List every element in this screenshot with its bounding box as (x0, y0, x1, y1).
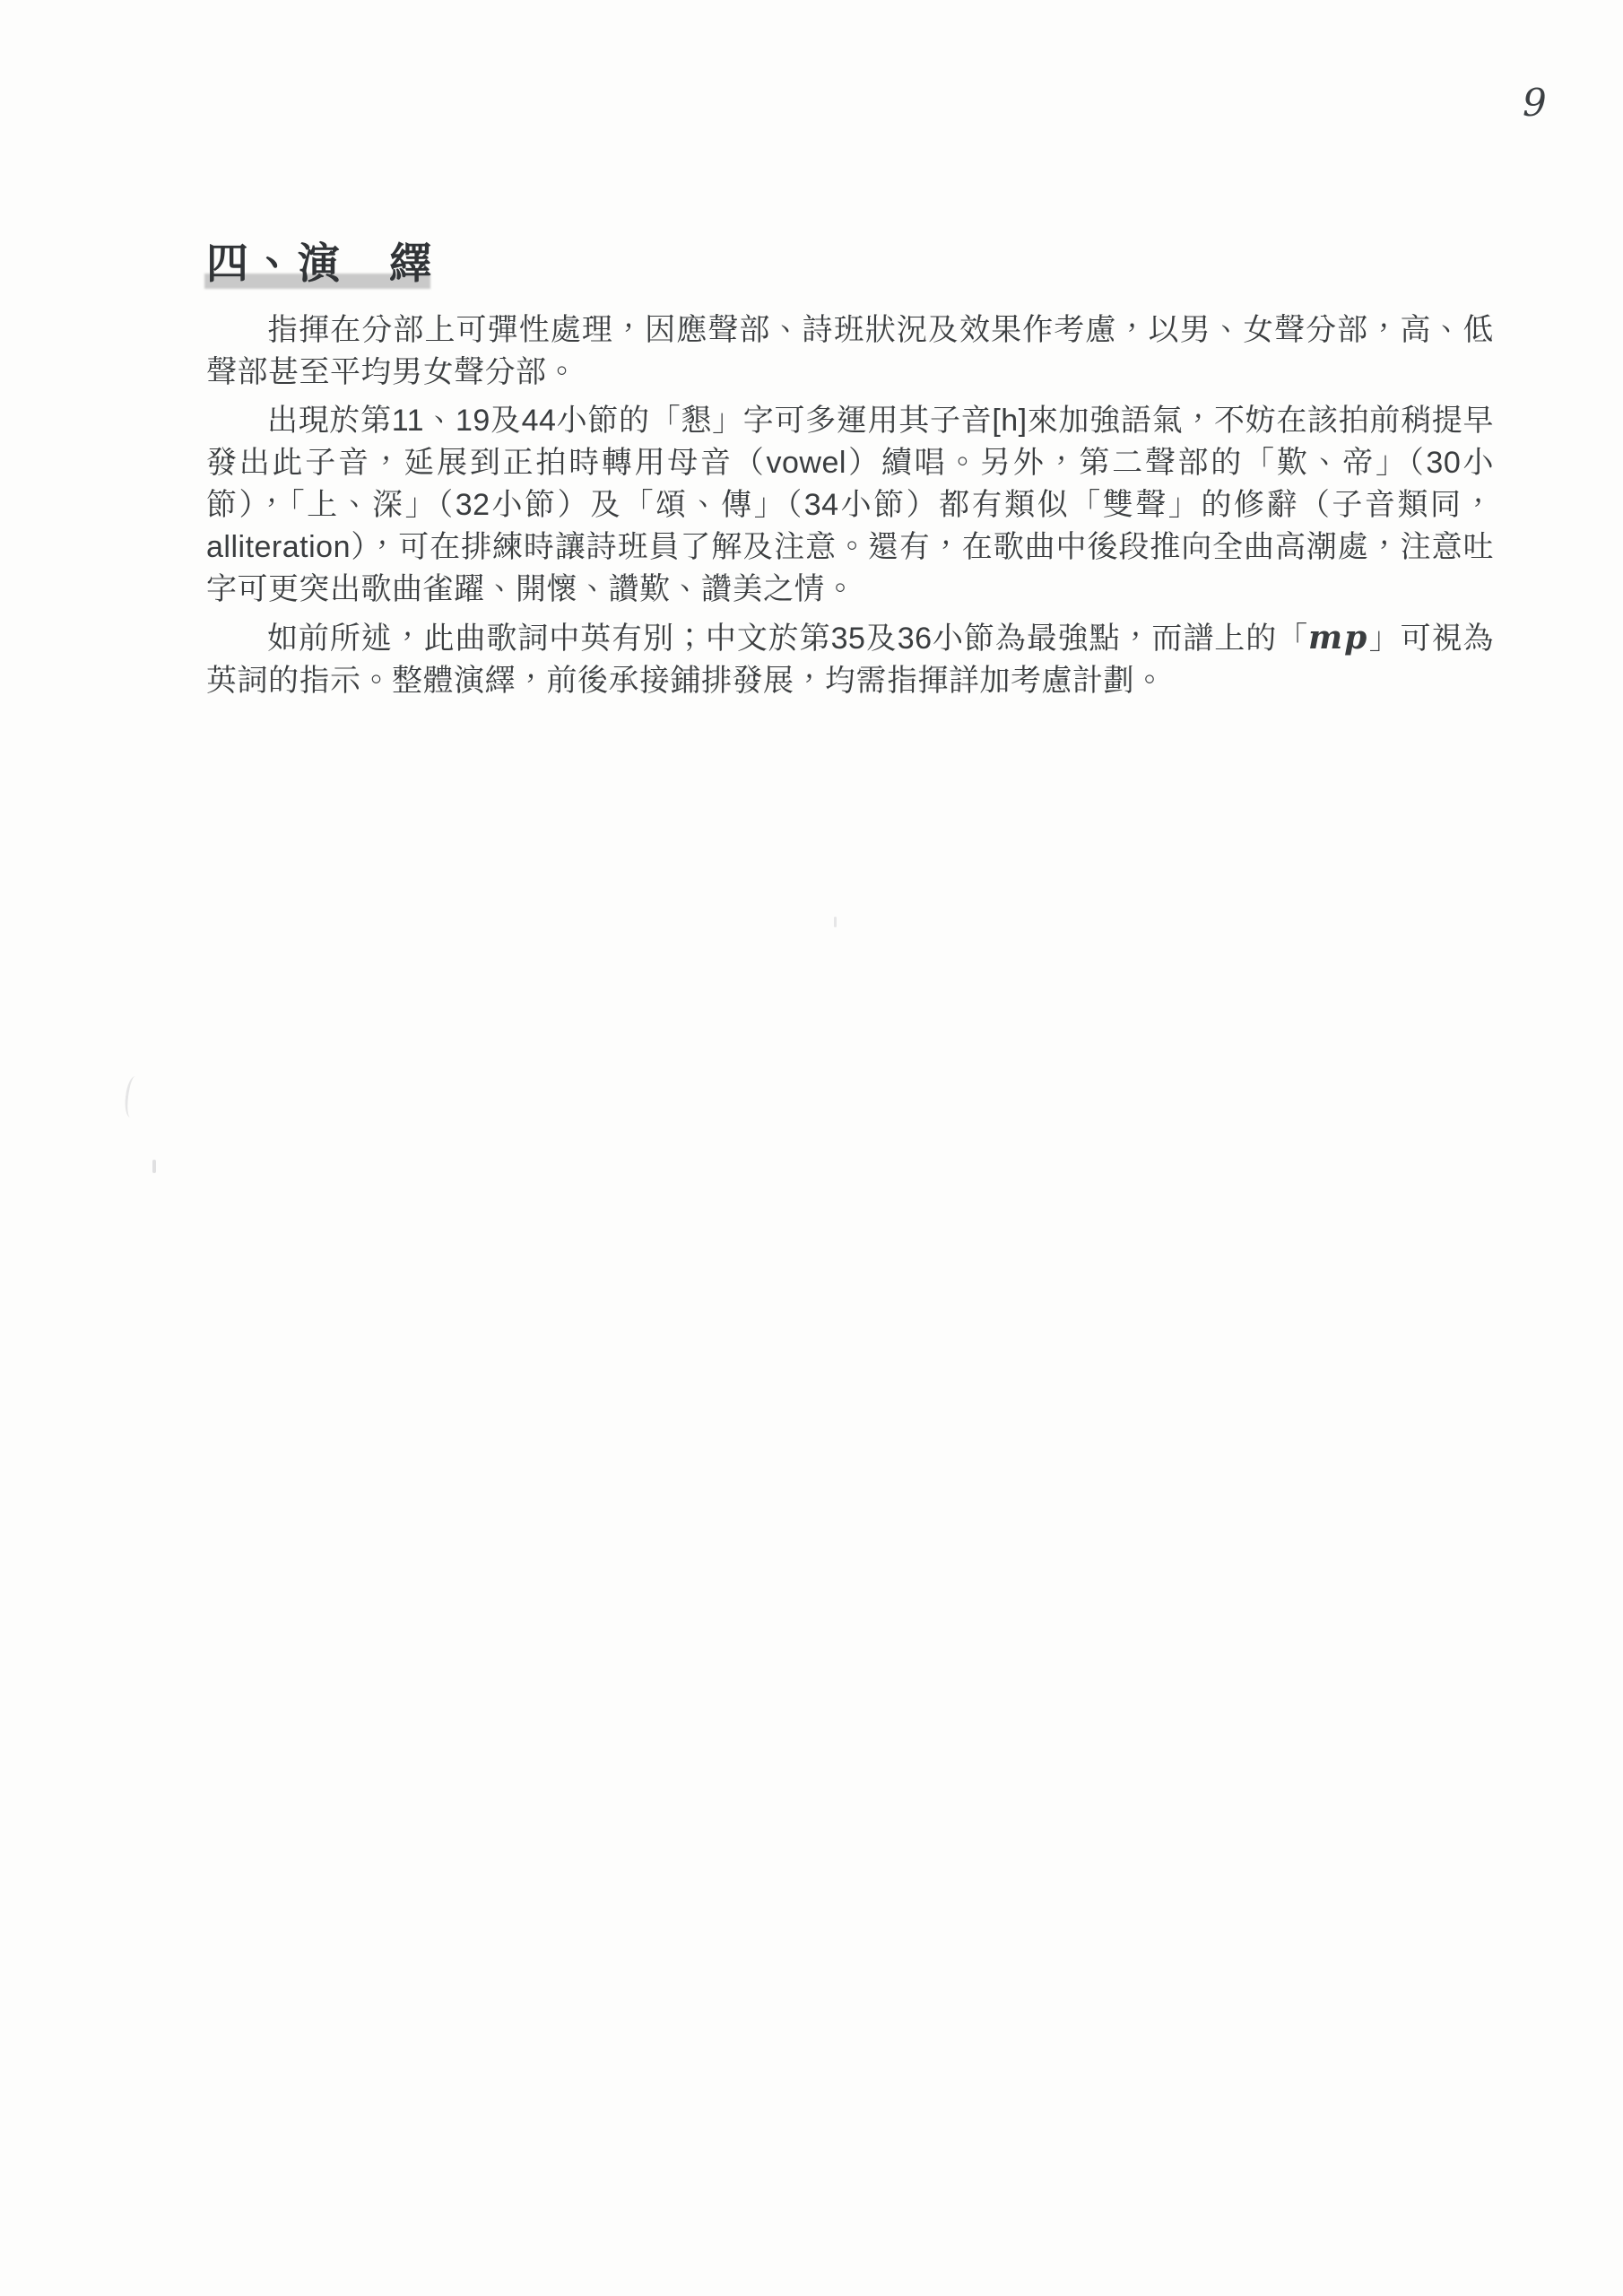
scan-artifact (123, 1075, 142, 1118)
paragraph-3: 如前所述，此曲歌詞中英有別；中文於第35及36小節為最強點，而譜上的「mp」可視… (206, 617, 1494, 702)
paragraph-3-text-before: 如前所述，此曲歌詞中英有別；中文於第35及36小節為最強點，而譜上的「 (267, 622, 1308, 656)
section-title: 四、演 繹 (206, 239, 1494, 289)
paragraph-1: 指揮在分部上可彈性處理，因應聲部、詩班狀況及效果作考慮，以男、女聲分部，高、低聲… (206, 309, 1494, 394)
paragraph-2: 出現於第11、19及44小節的「懇」字可多運用其子音[h]來加強語氣，不妨在該拍… (206, 400, 1494, 611)
section-content: 四、演 繹 指揮在分部上可彈性處理，因應聲部、詩班狀況及效果作考慮，以男、女聲分… (206, 239, 1494, 709)
scan-artifact (834, 917, 837, 927)
section-title-text: 四、演 繹 (206, 239, 435, 287)
document-page: 9 四、演 繹 指揮在分部上可彈性處理，因應聲部、詩班狀況及效果作考慮，以男、女… (0, 0, 1623, 2296)
page-number: 9 (1523, 81, 1547, 125)
scan-artifact (152, 1160, 156, 1173)
dynamic-marking-mp: mp (1308, 619, 1368, 657)
